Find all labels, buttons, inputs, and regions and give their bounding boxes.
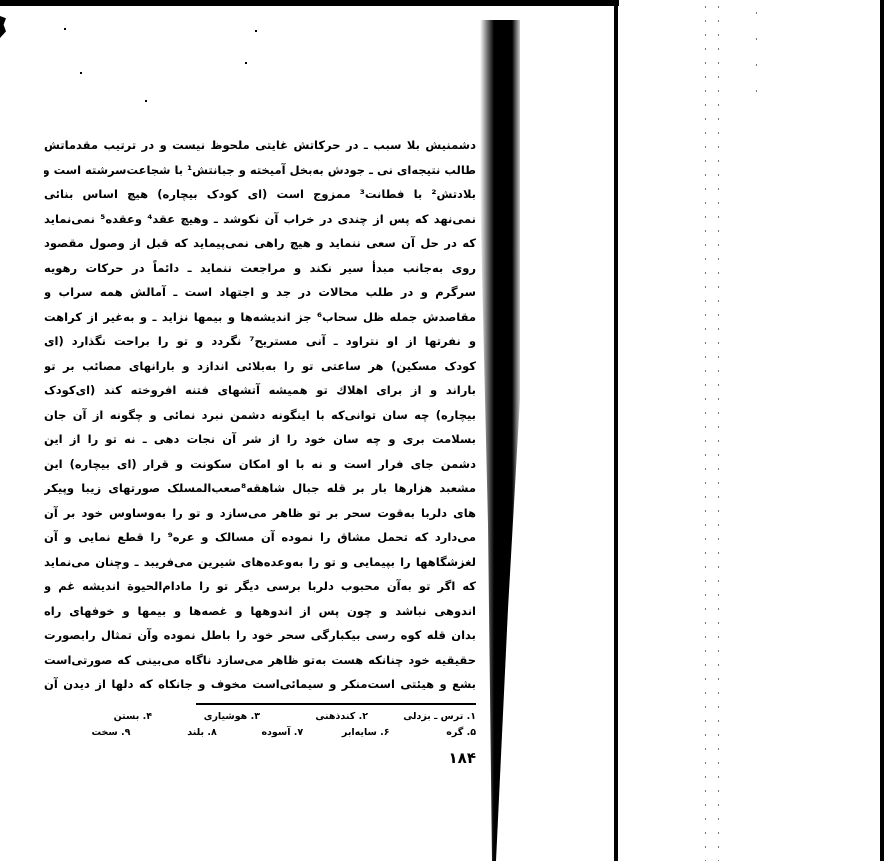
page-edge-line [614, 0, 618, 861]
text-line: بلادتش² با فطانت³ ممزوج است (ای کودک بیچ… [44, 182, 476, 207]
text-line: بدان قله کوه رسی بیکبارگی سحر خود را باط… [44, 623, 476, 648]
footnote-divider [196, 703, 476, 705]
scan-speck [245, 62, 247, 64]
text-line: های دلربا به‌قوت سحر بر تو ظاهر می‌سازد … [44, 501, 476, 526]
scan-left-edge-mark [0, 16, 6, 38]
scan-noise-dots [756, 0, 757, 100]
text-line: نمی‌نهد که پس از چندی در خراب آن نکوشد ـ… [44, 207, 476, 232]
scan-right-border [880, 0, 884, 861]
footnote-item: ۱. ترس ـ بزدلی [368, 709, 476, 725]
text-line: مقاصدش جمله ظل سحاب⁶ جز اندیشه‌ها و بیمه… [44, 305, 476, 330]
book-binding-shadow [480, 20, 520, 861]
text-line: می‌دارد که تحمل مشاق را نموده آن مسالک و… [44, 525, 476, 550]
scan-noise-dots [718, 0, 719, 861]
footnote-row: ۵. گره ۶. سایه‌ابر ۷. آسوده ۸. بلند ۹. س… [44, 725, 476, 741]
scan-top-border [0, 0, 619, 6]
text-line: روی به‌جانب مبدأ سیر نکند و مراجعت ننمای… [44, 256, 476, 281]
text-line: حقیقیه خود چنانکه هست به‌تو ظاهر می‌سازد… [44, 648, 476, 673]
footnote-item: ۴. بستن [44, 709, 152, 725]
text-line: دشمنیش بلا سبب ـ در حرکاتش غایتی ملحوظ ن… [44, 133, 476, 158]
footnote-item: ۵. گره [390, 725, 476, 741]
footnote-item: ۲. کندذهنی [260, 709, 368, 725]
text-line: بشع و هیئتی است‌منکر و سیمائی‌است مخوف و… [44, 672, 476, 697]
text-line: طالب نتیجه‌ای نی ـ جودش به‌بخل آمیخته و … [44, 158, 476, 183]
text-line: کودک مسکین) هر ساعتی تو را به‌بلائی اندا… [44, 354, 476, 379]
scan-speck [145, 100, 147, 102]
text-line: دشمن جای فرار است و نه با او امکان سکونت… [44, 452, 476, 477]
scan-speck [255, 30, 257, 32]
footnote-item: ۶. سایه‌ابر [303, 725, 389, 741]
text-line: لغزشگاهها را بپیمایی و تو را به‌وعده‌های… [44, 550, 476, 575]
scan-speck [64, 28, 66, 30]
text-line: سرگرم و در طلب محالات در جد و اجتهاد است… [44, 280, 476, 305]
footnote-item: ۳. هوشیاری [152, 709, 260, 725]
footnote-row: ۱. ترس ـ بزدلی ۲. کندذهنی ۳. هوشیاری ۴. … [44, 709, 476, 725]
footnotes: ۱. ترس ـ بزدلی ۲. کندذهنی ۳. هوشیاری ۴. … [44, 709, 476, 741]
text-line: باراند و از برای اهلاك تو همیشه آتشهای ف… [44, 378, 476, 403]
body-paragraph: دشمنیش بلا سبب ـ در حرکاتش غایتی ملحوظ ن… [44, 133, 476, 697]
text-line: که در حل آن سعی ننماید و هیچ راهی نمی‌پی… [44, 231, 476, 256]
footnote-item: ۹. سخت [44, 725, 130, 741]
text-line: که اگر تو به‌آن محبوب دلربا برسی دیگر تو… [44, 574, 476, 599]
text-line: مشعبد هزارها بار بر قله جبال شاهقه⁸صعب‌ا… [44, 476, 476, 501]
text-line: و نفرتها از او نتراود ـ آنی مستریح⁷ نگرد… [44, 329, 476, 354]
text-line: بیچاره) چه سان توانی‌که با اینگونه دشمن … [44, 403, 476, 428]
text-line: اندوهی نباشد و چون پس از اندوهها و غصه‌ه… [44, 599, 476, 624]
scan-speck [80, 72, 82, 74]
scan-noise-dots [705, 0, 706, 861]
footnote-item: ۷. آسوده [217, 725, 303, 741]
page-number: ۱۸۴ [404, 749, 476, 767]
text-line: بسلامت بری و چه سان خود را از شر آن نجات… [44, 427, 476, 452]
footnote-item: ۸. بلند [130, 725, 216, 741]
